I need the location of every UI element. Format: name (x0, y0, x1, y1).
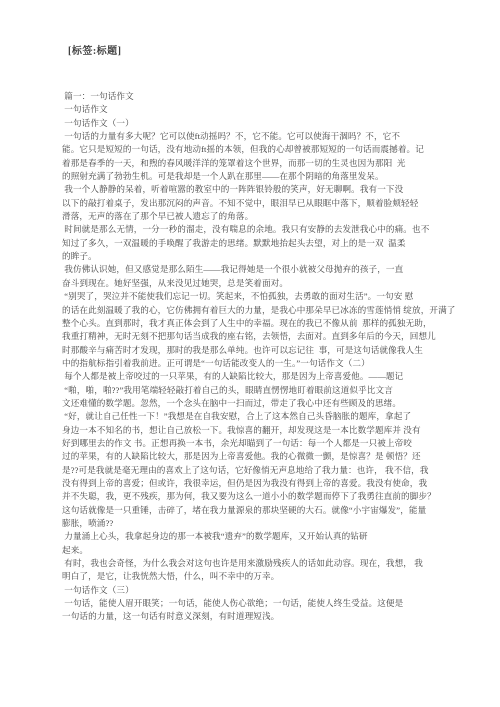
text-line: 是??可是我就是毫无理由的喜欢上了这句话，它好像悄无声息地给了我力量：也许， 我… (62, 464, 492, 477)
text-line: 滑落，无声的落在了那个早已被人遗忘了的角落。 (62, 210, 492, 223)
text-line: 的照射充满了勃勃生机。可是我却是一个人趴在那里——在那个阴暗的角落里发呆。 (62, 170, 492, 183)
text-line: 一句话作文 (62, 103, 492, 116)
text-line: “啪，啪，啪??”我用笔端轻轻敲打着自己的头，眼睛直愣愣地盯着眼前这道似乎比文言 (62, 384, 492, 397)
text-line: “别哭了，哭泣并不能使我们忘记一切。笑起来，不怕孤独，去勇敢的面对生活”。一句安… (62, 290, 492, 303)
text-line: 没有得到上帝的喜爱；但或许，我很幸运，但仍是因为我没有得到上帝的喜爱。我没有使命… (62, 477, 492, 490)
text-line: 一句话的力量有多大呢？它可以使ft动摇吗？不，它不能。它可以使海干涸吗？不，它不 (62, 130, 492, 143)
text-line: 的眸子。 (62, 250, 492, 263)
document-body: 篇一：一句话作文 一句话作文 一句话作文（一） 一句话的力量有多大呢？它可以使f… (62, 90, 492, 624)
text-line: 一句话作文（三） (62, 584, 492, 597)
text-line: 着那是春季的一天，和煦的春风暖洋洋的笼罩着这个世界，而那一切的生灵也因为那阳 光 (62, 157, 492, 170)
text-line: 起来。 (62, 544, 492, 557)
text-line: 篇一：一句话作文 (62, 90, 492, 103)
text-line: “好，就让自己任性一下！”我想是在自我安慰，合上了这本然自己头昏脑胀的题库，拿起… (62, 410, 492, 423)
document-page: [标签:标题] 篇一：一句话作文 一句话作文 一句话作文（一） 一句话的力量有多… (0, 0, 500, 707)
text-line: 身边一本不知名的书，想让自己放松一下。我惊喜的翻开，却发现这是一本比数学题库并 … (62, 424, 492, 437)
text-line: 膨胀，喷涌?? (62, 517, 492, 530)
text-line: 好到哪里去的作文 书。正想再换一本书，余光却瞄到了一句话：每一个人都是一只被上帝… (62, 437, 492, 450)
text-line: 每个人都是被上帝咬过的一只苹果，有的人缺陷比较大，那是因为上帝喜爱他。——题记 (62, 370, 492, 383)
text-line: 明白了，是它，让我恍然大悟，什么，叫不幸中的万幸。 (62, 570, 492, 583)
text-line: 一句话作文（一） (62, 117, 492, 130)
text-line: 知过了多久，一双温暖的手唤醒了我游走的思绪。默默地抬起头去望，对上的是一双 温柔 (62, 237, 492, 250)
text-line: 我重打精神，无时无刻不把那句话当成我的座右铭，去领悟，去面对。直到多年后的今天，… (62, 330, 492, 343)
text-line: 这句话就像是一只重锤，击碎了，堵在我力量源泉的那块坚硬的大石。就像“小宇宙爆发”… (62, 504, 492, 517)
text-line: 力量涌上心头，我拿起身边的那一本被我“遗弃”的数学题库，又开始认真的钻研 (62, 530, 492, 543)
text-line: 中的指航标指引着我前进。正可谓是“一句话能改变人的一生。”一句话作文（二） (62, 357, 492, 370)
text-line: 能。它只是短短的一句话，没有地动ft摇的本领，但我的心却曾被那短短的一句话而震撼… (62, 143, 492, 156)
text-line: 我仿佛认识她，但又感觉是那么陌生——我记得她是一个很小就被父母抛弃的孩子，一直 (62, 263, 492, 276)
text-line: 以下的敲打着桌子，发出那沉闷的声音。不知不觉中，眼泪早已从眼眶中落下，顺着脸颊轻… (62, 197, 492, 210)
text-line: 过的苹果，有的人缺陷比较大，那是因为上帝喜爱他。我的心微微一颤，是惊喜？是 顿悟… (62, 450, 492, 463)
text-line: 时间就是那么无情，一分一秒的溜走，没有喘息的余地。我只有安静的去发泄我心中的痛。… (62, 223, 492, 236)
text-line: 一句话，能使人眉开眼笑；一句话，能使人伤心欲绝；一句话，能使人终生受益。这便是 (62, 597, 492, 610)
text-line: 文还难懂的数学题。忽然，一个念头在脑中一扫而过，带走了我心中还有些顾及的思绪。 (62, 397, 492, 410)
text-line: 整个心头。直到那时，我才真正体会到了人生中的幸福。现在的我已不像从前 那样的孤独… (62, 317, 492, 330)
text-line: 一句话的力量，这一句话有时意义深刻，有时道理短浅。 (62, 610, 492, 623)
text-line: 奋斗到现在。她好坚强，从来没见过她哭，总是笑着面对。 (62, 277, 492, 290)
text-line: 有时，我也会奇怪，为什么我会对这句也许是用来激励残疾人的话如此动容。现在，我想，… (62, 557, 492, 570)
text-line: 的话在此刻温暖了我的心，它仿佛拥有着巨大的力量，是我心中那朵早已冰冻的雪莲悄悄 … (62, 304, 492, 317)
text-line: 并不失聪，我，更不残疾，那为何，我又要为这么一道小小的数学题而停下了我勇往直前的… (62, 490, 492, 503)
text-line: 我一个人静静的呆着，听着喧嚣的教室中的一阵阵银铃般的笑声，好无聊啊。我有一下没 (62, 183, 492, 196)
tag-title-header: [标签:标题] (68, 42, 122, 57)
text-line: 时那酸辛与痛苦时才发现，那时的我是那么单纯。也许可以忘记往 事，可是这句话就像我… (62, 344, 492, 357)
